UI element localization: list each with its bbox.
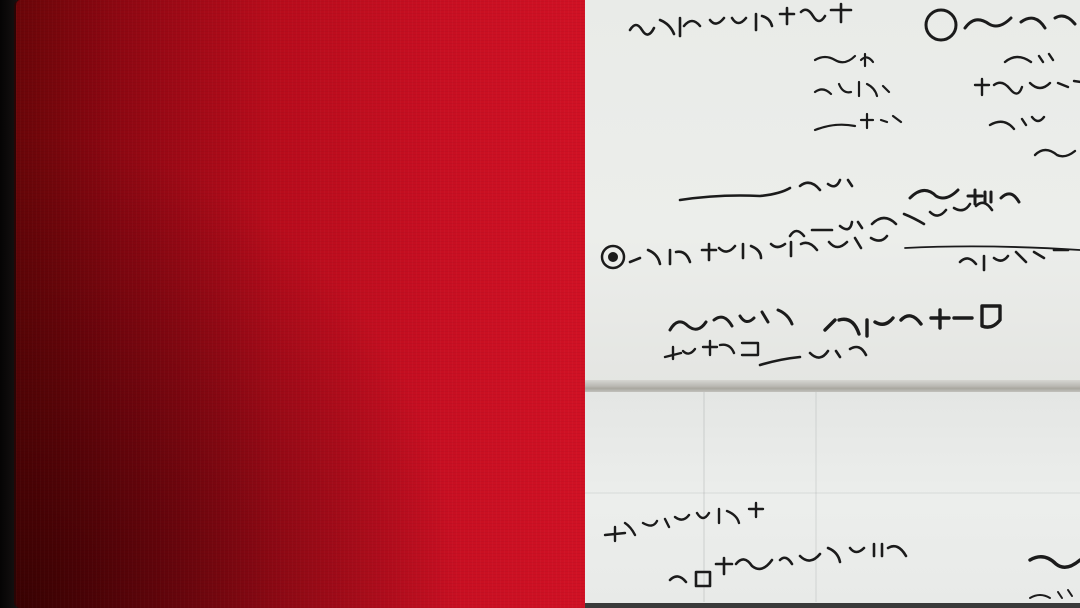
text-row-4	[815, 114, 1075, 156]
text-row-3	[815, 79, 1080, 96]
circle-mark-icon	[926, 10, 956, 40]
text-row-5	[680, 180, 1019, 204]
text-row-8	[670, 306, 1000, 336]
text-row-1	[630, 4, 1075, 36]
text-row-7	[630, 236, 1068, 270]
text-row-10	[605, 503, 763, 541]
photo-scene: Handwritten Japanese manuscript page pho…	[0, 0, 1080, 608]
text-row-2	[815, 54, 1053, 66]
double-circle-mark-icon	[602, 246, 624, 268]
handwriting-ink	[0, 0, 1080, 608]
text-row-9	[665, 341, 866, 365]
text-row-6	[790, 203, 1080, 250]
text-row-11	[670, 544, 1080, 598]
